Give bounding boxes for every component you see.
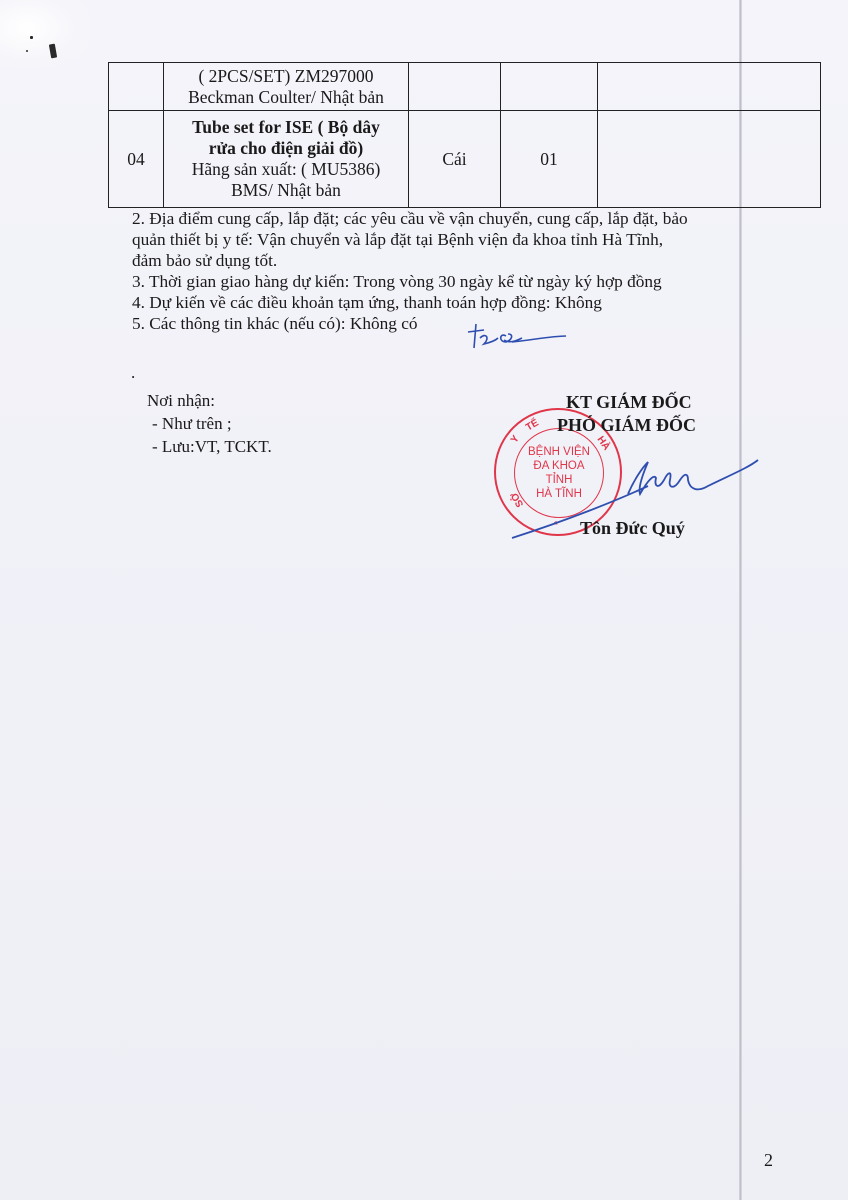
clause-4: 4. Dự kiến về các điều khoản tạm ứng, th… (132, 293, 602, 313)
cell-note (598, 63, 821, 111)
clause-3: 3. Thời gian giao hàng dự kiến: Trong vò… (132, 272, 662, 292)
recipients-title: Nơi nhận: (147, 390, 215, 411)
desc-line: ( 2PCS/SET) ZM297000 (164, 66, 408, 87)
cell-unit (409, 63, 501, 111)
desc-line: BMS/ Nhật bản (164, 180, 408, 201)
desc-line: Hãng sản xuất: ( MU5386) (164, 159, 408, 180)
cell-unit: Cái (409, 111, 501, 208)
desc-line: Beckman Coulter/ Nhật bản (164, 87, 408, 108)
cell-no: 04 (109, 111, 164, 208)
cell-description: ( 2PCS/SET) ZM297000 Beckman Coulter/ Nh… (164, 63, 409, 111)
desc-title-line: rửa cho điện giải đồ) (164, 138, 408, 159)
cell-description: Tube set for ISE ( Bộ dây rửa cho điện g… (164, 111, 409, 208)
signer-name: Tôn Đức Quý (580, 518, 685, 539)
cell-no (109, 63, 164, 111)
recipient-item: - Như trên ; (152, 413, 232, 434)
clause-2-line-1: 2. Địa điểm cung cấp, lắp đặt; các yêu c… (132, 209, 688, 229)
cell-quantity: 01 (501, 111, 598, 208)
signer-title-line-2: PHÓ GIÁM ĐỐC (557, 415, 696, 436)
clause-2-line-2: quản thiết bị y tế: Vận chuyển và lắp đặ… (132, 230, 663, 250)
initials-signature (462, 318, 572, 354)
clause-2-line-3: đảm bảo sử dụng tốt. (132, 251, 277, 271)
desc-title-line: Tube set for ISE ( Bộ dây (164, 117, 408, 138)
cell-quantity (501, 63, 598, 111)
items-table: ( 2PCS/SET) ZM297000 Beckman Coulter/ Nh… (108, 62, 821, 208)
bullet-dot: . (131, 362, 135, 383)
recipient-item: - Lưu:VT, TCKT. (152, 436, 272, 457)
table-row: 04 Tube set for ISE ( Bộ dây rửa cho điệ… (109, 111, 821, 208)
paper-scuff (0, 0, 90, 70)
clause-5: 5. Các thông tin khác (nếu có): Không có (132, 314, 418, 334)
page-number: 2 (764, 1150, 773, 1171)
signer-title-line-1: KT GIÁM ĐỐC (566, 392, 692, 413)
table-row: ( 2PCS/SET) ZM297000 Beckman Coulter/ Nh… (109, 63, 821, 111)
cell-note (598, 111, 821, 208)
